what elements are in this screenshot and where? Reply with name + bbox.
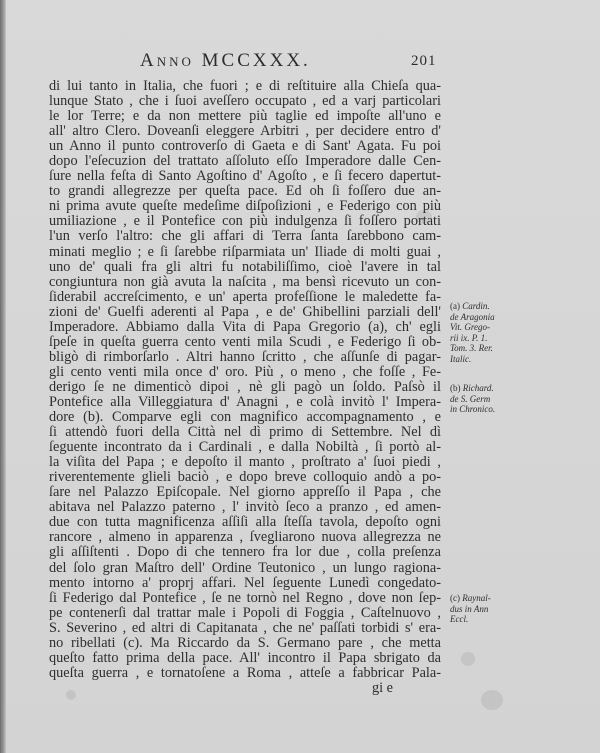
text-line: due con tutta magnificenza aſſiſi alla ſ… [49,515,441,530]
text-line: mento intorno a' proprj affari. Nel ſegu… [49,576,441,591]
text-line: un Anno il punto controverſo di Gaeta e … [49,139,441,154]
text-line: riverentemente glieli baciò , e dopo bre… [49,470,441,485]
text-line: l'un verſo l'altro: che gli affari di Te… [49,229,441,244]
text-line: minati meglio ; e ſi ſarebbe riſparmiata… [49,245,441,260]
sidenote-line: dus in Ann [450,604,560,615]
text-line: del ſolo gran Maſtro dell' Ordine Teuton… [49,561,441,576]
text-line: queſto fatto prima della pace. All' inco… [49,651,441,666]
running-head: Anno MCCXXX. 201 [0,50,600,74]
sidenote-line: Tom. 3. Rer. [450,343,560,354]
sidenote-a: (a) Cardin. de Aragonia Vit. Grego- rii … [450,301,560,364]
text-line: rancore , almeno in apparenza , ſvegliar… [49,530,441,545]
text-line: queſta guerra , e tornatoſene a Roma , a… [49,666,441,681]
sidenote-b: (b) Richard. de S. Germ in Chronico. [450,383,560,415]
text-line: ſare nel Palazzo Epiſcopale. Nel giorno … [49,485,441,500]
sidenote-line: Eccl. [450,614,560,625]
text-line: zioni de' Guelfi aderenti al Papa , e de… [49,305,441,320]
text-line: ſi attendò fuori della Città nel dì prim… [49,425,441,440]
sidenote-mark: (c) [450,593,460,603]
text-line: dopo l'eſecuzion del trattato aſſoluto e… [49,154,441,169]
text-line: uno de' quali fra gli altri fu notabiliſ… [49,260,441,275]
text-line: gli aſſiſtenti . Dopo di che tennero fra… [49,545,441,560]
sidenote-line: rii ix. P. 1. [450,333,560,344]
text-line: di lui tanto in Italia, che fuori ; e di… [49,79,441,94]
sidenote-line: Richard. [463,383,494,393]
text-line: no ribellati (c). Ma Riccardo da S. Germ… [49,636,441,651]
sidenote-line: Cardin. [462,301,489,311]
text-line: all' altro Clero. Doveanſi eleggere Arbi… [49,124,441,139]
text-line: ſeguente incontrato da i Cardinali , e d… [49,440,441,455]
sidenote-mark: (a) [450,301,460,311]
text-line: derigo ſe ne dimenticò dipoi , nè gli pa… [49,380,441,395]
text-line: Imperadore. Abbiamo dalla Vita di Papa G… [49,320,441,335]
sidenote-line: Raynal- [462,593,491,603]
sidenote-line: de S. Germ [450,394,560,405]
text-line: ſi Federigo dal Pontefice , ſe ne tornò … [49,591,441,606]
text-line: ni prima avute queſte medeſime diſpoſizi… [49,199,441,214]
text-line: S. Severino , ed altri di Capitanata , c… [49,621,441,636]
page-number: 201 [411,53,437,70]
text-line: congiuntura non già avuta la naſcita , m… [49,275,441,290]
text-line: gli cento venti mila once d' oro. Più , … [49,365,441,380]
text-line: bligò di rimborſarlo . Altri hanno ſcrit… [49,350,441,365]
text-line: ſiderabil accreſcimento, e un' aperta pr… [49,290,441,305]
sidenote-mark: (b) [450,383,461,393]
text-line: umiliazione , e il Pontefice con più ind… [49,214,441,229]
text-line: le lor Terre; e da non mettere più tagli… [49,109,441,124]
sidenote-line: Italic. [450,354,560,365]
text-line: la viſita del Papa ; e depoſto il manto … [49,455,441,470]
sidenote-line: de Aragonia [450,312,560,323]
sidenote-line: in Chronico. [450,404,560,415]
text-line: ſpeſe in queſta guerra cento venti mila … [49,335,441,350]
text-line: abitava nel Palazzo paterno , l' invitò … [49,500,441,515]
running-title: Anno MCCXXX. [140,50,311,72]
text-line: lunque Stato , che i ſuoi aveſſero occup… [49,94,441,109]
text-line: Pontefice alla Villeggiatura d' Anagni ,… [49,395,441,410]
sidenote-c: (c) Raynal- dus in Ann Eccl. [450,593,560,625]
body-text: di lui tanto in Italia, che fuori ; e di… [49,79,441,696]
text-line: dore (b). Comparve egli con magnifico ac… [49,410,441,425]
text-line: pe contenerſi dal trattar male i Popoli … [49,606,441,621]
sidenote-line: Vit. Grego- [450,322,560,333]
text-line: ſure nella feſta di Santo Agoſtino d' Ag… [49,169,441,184]
text-line: to grandi allegrezze per queſta pace. Ed… [49,184,441,199]
catchword: gi e [49,681,441,696]
